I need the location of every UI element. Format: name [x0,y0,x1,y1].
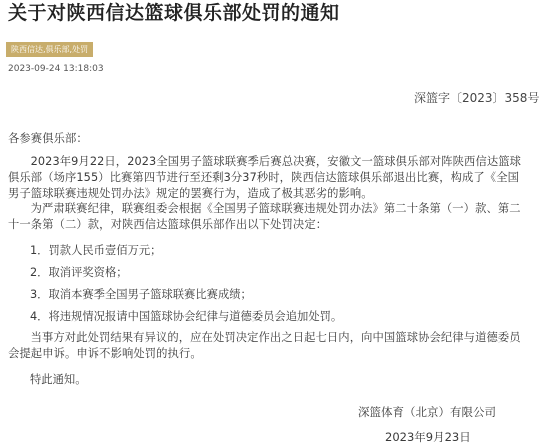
signature-date: 2023年9月23日 [385,429,471,445]
closing-line: 特此通知。 [30,371,87,387]
published-datetime: 2023-09-24 13:18:03 [8,64,104,74]
paragraph-appeal: 当事方对此处罚结果有异议的，应在处罚决定作出之日起七日内，向中国篮球协会纪律与道… [8,330,524,362]
penalty-item-3: 3．取消本赛季全国男子篮球联赛比赛成绩； [30,286,252,302]
article-title: 关于对陕西信达篮球俱乐部处罚的通知 [8,1,340,25]
salutation: 各参赛俱乐部： [8,131,524,147]
penalty-item-2: 2．取消评奖资格； [30,264,128,280]
paragraph-decision-basis: 为严肃联赛纪律，联赛组委会根据《全国男子篮球联赛违规处罚办法》第二十条第（一）款… [8,201,524,233]
penalty-item-4: 4．将违规情况报请中国篮球协会纪律与道德委员会追加处罚。 [30,308,342,324]
document-number: 深篮字〔2023〕358号 [414,89,539,106]
signature-issuer: 深篮体育（北京）有限公司 [358,404,496,420]
penalty-item-1: 1．罚款人民币壹佰万元； [30,242,161,258]
article-tag[interactable]: 陕西信达,俱乐部,处罚 [6,42,93,57]
paragraph-incident: 2023年9月22日，2023全国男子篮球联赛季后赛总决赛，安徽文一篮球俱乐部对… [8,154,524,202]
